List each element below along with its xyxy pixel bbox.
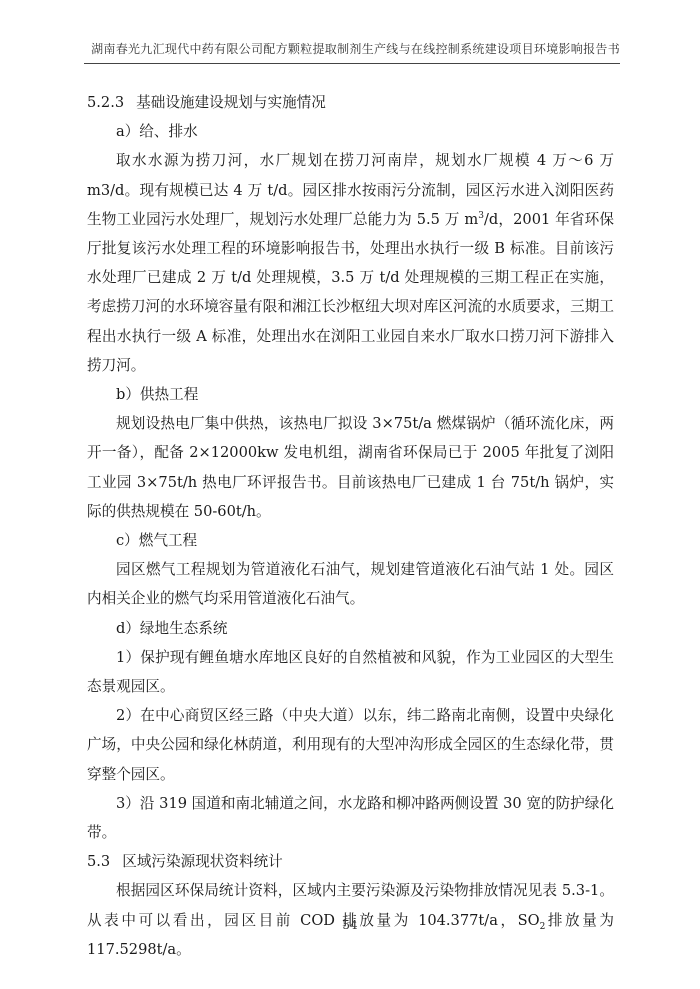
page-number: 54: [0, 918, 700, 932]
paragraph-water: 取水水源为捞刀河，水厂规划在捞刀河南岸，规划水厂规模 4 万～6 万 m3/d。…: [87, 146, 614, 380]
list-item-green-3: 3）沿 319 国道和南北辅道之间，水龙路和柳冲路两侧设置 30 宽的防护绿化带…: [87, 789, 614, 847]
paragraph-gas: 园区燃气工程规划为管道液化石油气，规划建管道液化石油气站 1 处。园区内相关企业…: [87, 555, 614, 613]
list-item-green-2: 2）在中心商贸区经三路（中央大道）以东，纬二路南北南侧，设置中央绿化广场，中央公…: [87, 701, 614, 789]
section-number: 5.3: [87, 853, 110, 870]
subheading-gas: c）燃气工程: [87, 526, 614, 555]
subheading-green: d）绿地生态系统: [87, 614, 614, 643]
page-body: 5.2.3基础设施建设规划与实施情况 a）给、排水 取水水源为捞刀河，水厂规划在…: [87, 88, 614, 964]
subheading-heating: b）供热工程: [87, 380, 614, 409]
section-heading-5-3: 5.3区域污染源现状资料统计: [87, 847, 614, 876]
list-item-green-1: 1）保护现有鲤鱼塘水库地区良好的自然植被和风貌，作为工业园区的大型生态景观园区。: [87, 643, 614, 701]
section-number: 5.2.3: [87, 94, 124, 111]
paragraph-heating: 规划设热电厂集中供热，该热电厂拟设 3×75t/a 燃煤锅炉（循环流化床，两开一…: [87, 409, 614, 526]
section-title: 区域污染源现状资料统计: [122, 853, 283, 870]
section-title: 基础设施建设规划与实施情况: [136, 94, 326, 111]
subheading-water: a）给、排水: [87, 117, 614, 146]
section-heading-5-2-3: 5.2.3基础设施建设规划与实施情况: [87, 88, 614, 117]
running-header: 湖南春光九汇现代中药有限公司配方颗粒提取制剂生产线与在线控制系统建设项目环境影响…: [84, 40, 620, 64]
